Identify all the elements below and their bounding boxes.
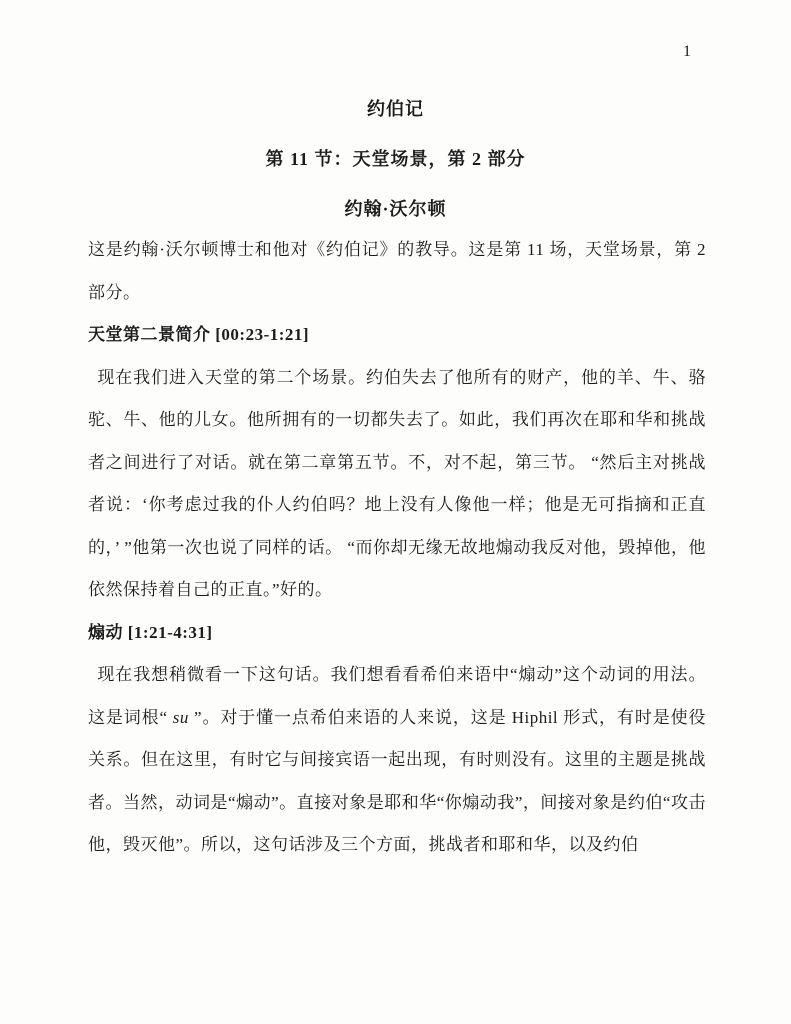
section-heading-heaven-scene-intro: 天堂第二景简介 [00:23-1:21]: [88, 314, 706, 357]
document-subtitle: 第 11 节：天堂场景，第 2 部分: [0, 148, 791, 170]
hebrew-root-term: su: [173, 708, 189, 727]
document-page: 1 约伯记 第 11 节：天堂场景，第 2 部分 约翰·沃尔顿 这是约翰·沃尔顿…: [0, 0, 791, 1024]
document-author: 约翰·沃尔顿: [0, 198, 791, 220]
page-number: 1: [683, 42, 691, 62]
intro-paragraph: 这是约翰·沃尔顿博士和他对《约伯记》的教导。这是第 11 场，天堂场景，第 2 …: [88, 229, 706, 314]
heaven-scene-paragraph: 现在我们进入天堂的第二个场景。约伯失去了他所有的财产，他的羊、牛、骆驼、牛、他的…: [88, 357, 706, 612]
document-header: 约伯记 第 11 节：天堂场景，第 2 部分 约翰·沃尔顿: [0, 0, 791, 220]
incite-paragraph: 现在我想稍微看一下这句话。我们想看看希伯来语中“煽动”这个动词的用法。这是词根“…: [88, 654, 706, 867]
document-body: 这是约翰·沃尔顿博士和他对《约伯记》的教导。这是第 11 场，天堂场景，第 2 …: [88, 229, 706, 867]
document-title: 约伯记: [0, 98, 791, 120]
incite-paragraph-text-after-root: ”。对于懂一点希伯来语的人来说，这是 Hiphil 形式，有时是使役关系。但在这…: [88, 708, 706, 855]
section-heading-incite: 煽动 [1:21-4:31]: [88, 612, 706, 655]
